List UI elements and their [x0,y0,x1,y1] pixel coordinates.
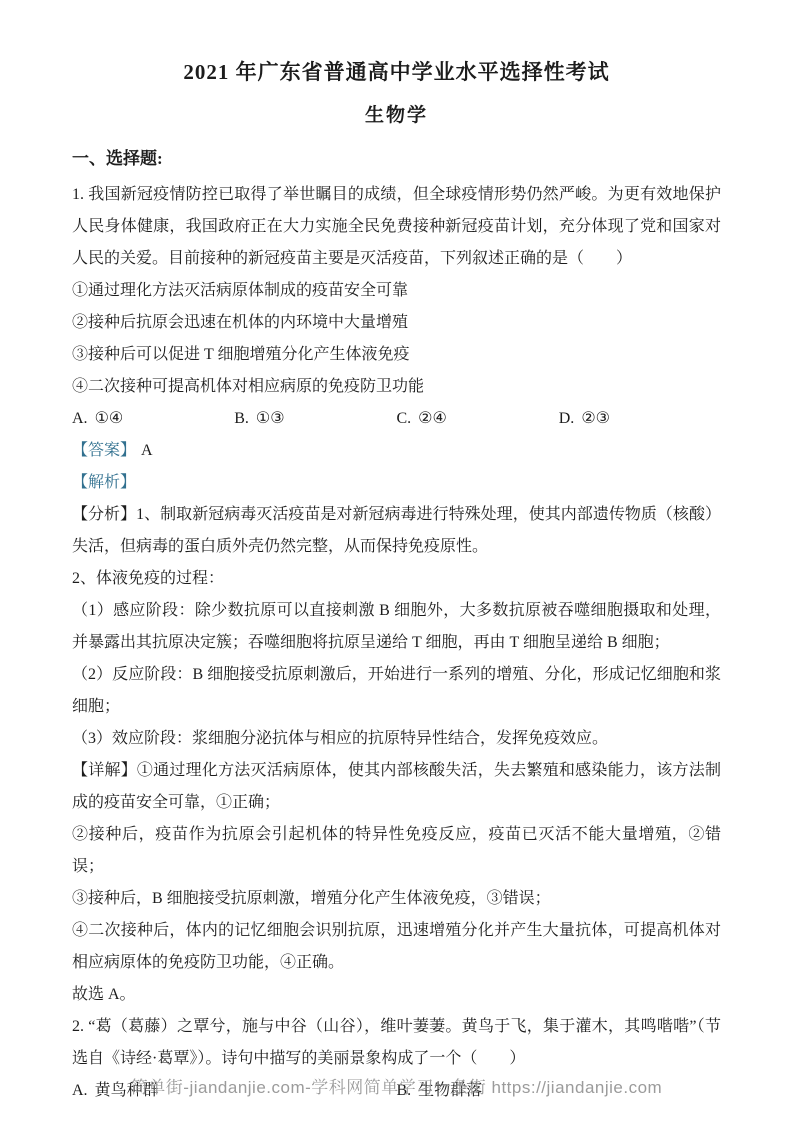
section-heading: 一、选择题: [72,145,721,173]
q1-analysis-p3: （1）感应阶段：除少数抗原可以直接刺激 B 细胞外，大多数抗原被吞噬细胞摄取和处… [72,595,721,659]
answer-label: 【答案】 [72,442,136,459]
q1-option-d: D.②③ [559,403,721,435]
q1-statement-4: ④二次接种可提高机体对相应病原的免疫防卫功能 [72,371,721,403]
page-subtitle: 生物学 [72,100,721,127]
page-title: 2021 年广东省普通高中学业水平选择性考试 [72,56,721,86]
q1-options-row: A.①④ B.①③ C.②④ D.②③ [72,403,721,435]
q1-option-c: C.②④ [397,403,559,435]
q1-analysis-header-line: 【解析】 [72,467,721,499]
q1-stem: 1. 我国新冠疫情防控已取得了举世瞩目的成绩，但全球疫情形势仍然严峻。为更有效地… [72,179,721,275]
analysis-label: 【分析】 [72,506,136,523]
q1-analysis-p2: 2、体液免疫的过程： [72,563,721,595]
q1-option-b-label: B. [234,410,249,427]
q1-option-d-text: ②③ [581,410,610,427]
footer-watermark: 简单街-jiandanjie.com-学科网简单学习一条街 https://ji… [0,1073,793,1098]
q1-analysis-p5: （3）效应阶段：浆细胞分泌抗体与相应的抗原特异性结合，发挥免疫效应。 [72,723,721,755]
q1-option-a: A.①④ [72,403,234,435]
q1-detail-p1: 【详解】①通过理化方法灭活病原体，使其内部核酸失活，失去繁殖和感染能力，该方法制… [72,755,721,819]
q1-analysis-p4: （2）反应阶段：B 细胞接受抗原刺激后，开始进行一系列的增殖、分化，形成记忆细胞… [72,659,721,723]
q1-conclusion: 故选 A。 [72,979,721,1011]
q1-option-b-text: ①③ [256,410,285,427]
q1-statement-2: ②接种后抗原会迅速在机体的内环境中大量增殖 [72,307,721,339]
analysis-header-label: 【解析】 [72,474,136,491]
q2-stem: 2. “葛（葛藤）之覃兮，施与中谷（山谷），维叶萋萋。黄鸟于飞，集于灌木，其鸣喈… [72,1011,721,1075]
q1-option-b: B.①③ [234,403,396,435]
document-content: 2021 年广东省普通高中学业水平选择性考试 生物学 一、选择题: 1. 我国新… [0,0,793,1107]
q1-statement-3: ③接种后可以促进 T 细胞增殖分化产生体液免疫 [72,339,721,371]
document-page: 2021 年广东省普通高中学业水平选择性考试 生物学 一、选择题: 1. 我国新… [0,0,793,1122]
q1-detail-p2: ②接种后，疫苗作为抗原会引起机体的特异性免疫反应，疫苗已灭活不能大量增殖，②错误… [72,819,721,883]
q1-option-c-label: C. [397,410,412,427]
answer-value: A [136,442,153,459]
q1-statement-1: ①通过理化方法灭活病原体制成的疫苗安全可靠 [72,275,721,307]
q1-option-d-label: D. [559,410,575,427]
detail-p1-text: ①通过理化方法灭活病原体，使其内部核酸失活，失去繁殖和感染能力，该方法制成的疫苗… [72,762,721,811]
q1-analysis-p1: 【分析】1、制取新冠病毒灭活疫苗是对新冠病毒进行特殊处理，使其内部遗传物质（核酸… [72,499,721,563]
q1-detail-p4: ④二次接种后，体内的记忆细胞会识别抗原，迅速增殖分化并产生大量抗体，可提高机体对… [72,915,721,979]
analysis-p1-text: 1、制取新冠病毒灭活疫苗是对新冠病毒进行特殊处理，使其内部遗传物质（核酸）失活，… [72,506,721,555]
q1-option-a-label: A. [72,410,88,427]
q1-answer-line: 【答案】A [72,435,721,467]
q1-option-c-text: ②④ [418,410,447,427]
q1-detail-p3: ③接种后，B 细胞接受抗原刺激，增殖分化产生体液免疫，③错误； [72,883,721,915]
detail-label: 【详解】 [72,762,137,779]
q1-option-a-text: ①④ [95,410,124,427]
